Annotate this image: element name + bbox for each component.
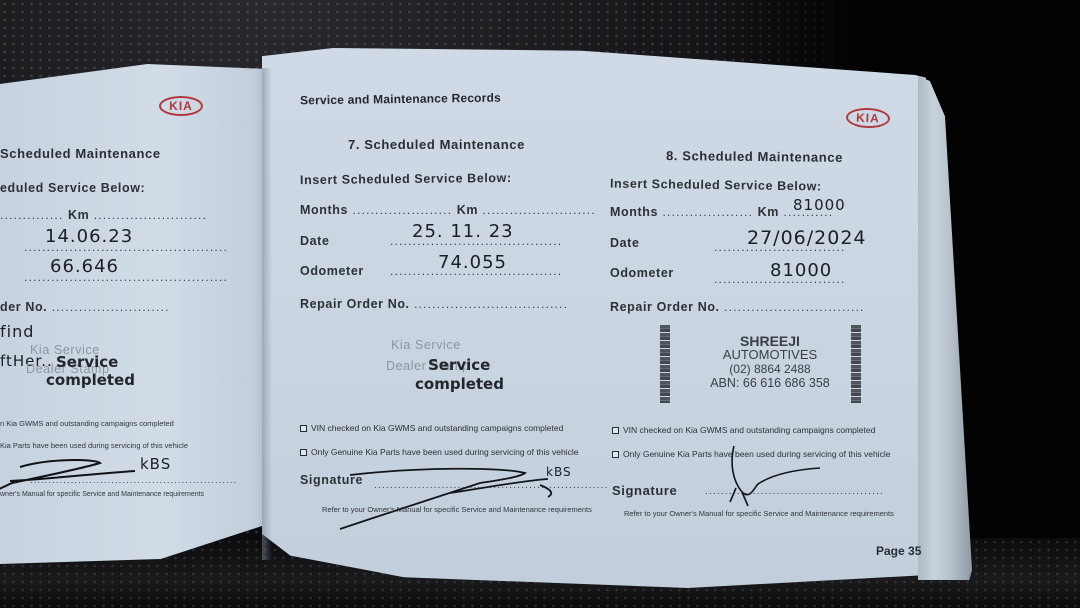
book-gutter [262,68,272,560]
left-months-km-row: .............. Km ......................… [0,206,207,224]
left-repair-order-row: der No. .......................... [0,298,170,316]
left-odometer-value: 66.646 [50,256,119,277]
entry-7-checkbox-genuine-parts[interactable]: Only Genuine Kia Parts have been used du… [300,447,578,457]
entry-7-repair-order-row: Repair Order No. .......................… [300,295,568,313]
entry-7-service-completed-stamp-2: completed [415,375,504,393]
entry-8-date-value: 27/06/2024 [747,227,867,249]
entry-8-title: 8. Scheduled Maintenance [666,148,843,165]
entry-8-footer-note: Refer to your Owner's Manual for specifi… [624,509,894,518]
dealer-stamp: SHREEJI AUTOMOTIVES (02) 8864 2488 ABN: … [700,334,840,390]
page-number: Page 35 [876,544,921,558]
stamp-border-right [851,325,861,403]
entry-8-odometer-label: Odometer [610,266,674,280]
left-checkbox-genuine-parts[interactable]: Kia Parts have been used during servicin… [0,441,188,450]
entry-8-months-label: Months [610,205,658,219]
entry-8-checkbox-vin[interactable]: VIN checked on Kia GWMS and outstanding … [612,425,875,435]
entry-8-date-label: Date [610,236,640,250]
entry-8-signature-label: Signature [612,483,677,498]
records-header: Service and Maintenance Records [300,91,501,108]
stamp-border-left [660,325,670,403]
entry-7-km-label: Km [457,203,478,217]
left-checkbox-vin[interactable]: n Kia GWMS and outstanding campaigns com… [0,419,174,428]
entry-7-stamp-placeholder-1: Kia Service [391,338,461,352]
entry-8-signature [720,440,830,510]
left-km-label: Km [68,208,89,222]
entry-7-insert-label: Insert Scheduled Service Below: [300,171,512,187]
entry-7-title: 7. Scheduled Maintenance [348,137,525,152]
kia-logo-left: KIA [159,96,203,116]
entry-8-km-value: 81000 [793,196,846,214]
dealer-name-line2: AUTOMOTIVES [700,348,840,362]
left-insert-label: eduled Service Below: [0,181,145,195]
left-entry-title: Scheduled Maintenance [0,146,161,161]
entry-7-signature-initials: kBS [546,465,572,479]
entry-7-footer-note: Refer to your Owner's Manual for specifi… [322,505,592,514]
left-service-completed-stamp-1: Service [56,353,118,371]
entry-8-repair-order-row: Repair Order No. .......................… [610,298,865,316]
left-footer-note: wner's Manual for specific Service and M… [0,491,204,498]
entry-8-odometer-value: 81000 [770,260,832,281]
entry-7-odometer-value: 74.055 [438,252,507,273]
checkbox-icon[interactable] [300,449,307,456]
entry-7-months-label: Months [300,203,348,217]
entry-7-checkbox-vin[interactable]: VIN checked on Kia GWMS and outstanding … [300,423,563,433]
entry-7-date-label: Date [300,234,330,248]
left-service-completed-stamp-2: completed [46,371,135,389]
dealer-name-line1: SHREEJI [700,334,840,348]
entry-7-odometer-label: Odometer [300,264,364,278]
checkbox-icon[interactable] [612,427,619,434]
dealer-abn: ABN: 66 616 686 358 [700,376,840,390]
entry-7-date-value: 25. 11. 23 [412,221,514,242]
left-date-value: 14.06.23 [45,226,133,247]
checkbox-icon[interactable] [612,451,619,458]
left-signature-initials: kBS [140,455,171,473]
entry-8-km-label: Km [758,205,779,219]
entry-8-insert-label: Insert Scheduled Service Below: [610,177,822,194]
checkbox-icon[interactable] [300,425,307,432]
left-handwritten-note-1: find [0,322,34,341]
entry-7-service-completed-stamp-1: Service [428,356,490,374]
entry-7-months-km-row: Months ...................... Km .......… [300,201,596,219]
dealer-phone: (02) 8864 2488 [700,362,840,376]
